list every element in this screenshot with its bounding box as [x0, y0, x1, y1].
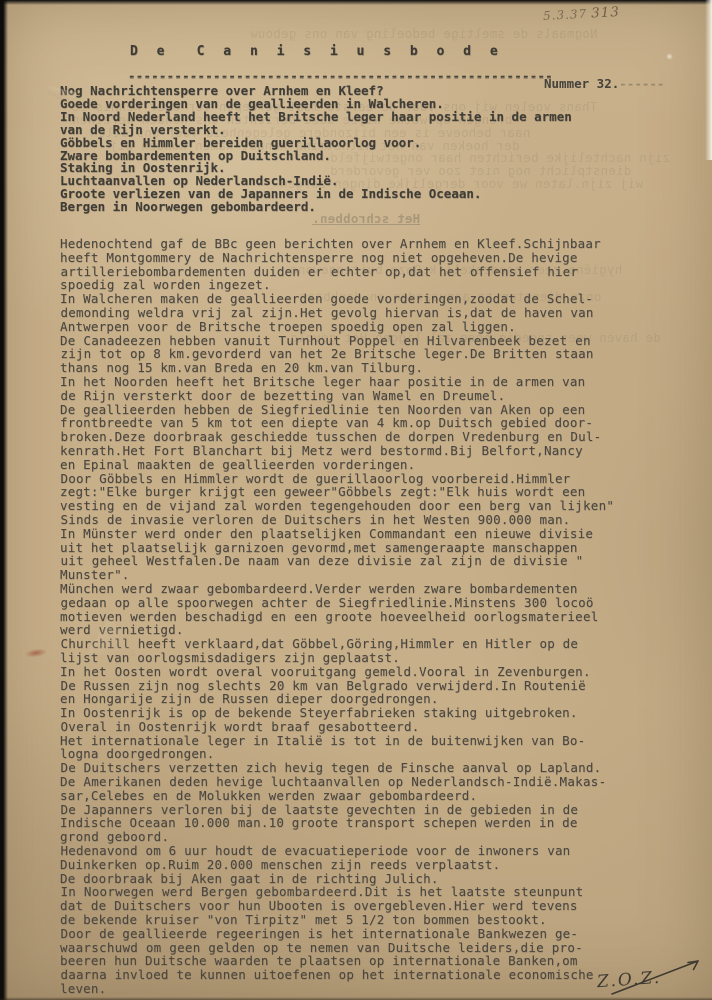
body-line: en Epinal maakten de geallieerden vorder…: [60, 458, 614, 472]
body-line: In Münster werd onder den plaatselijken …: [60, 527, 614, 541]
title-underline: ----------------------------------------…: [128, 68, 553, 83]
body-line: spoedig zal worden ingezet.: [60, 278, 614, 292]
body-line: De doorbraak bij Aken gaat in de richtin…: [60, 872, 614, 886]
body-line: de Rijn versterkt door de bezetting van …: [61, 389, 615, 403]
body-line: de bekende kruiser "von Tirpitz" met 5 1…: [60, 913, 614, 927]
body-line: gedaan op alle spoorwegen achter de Sieg…: [61, 596, 615, 610]
paper-edge-highlight: [705, 0, 712, 160]
body-text-block: Hedenochtend gaf de BBc geen berichten o…: [60, 237, 614, 996]
body-line: Indische Oceaan 10.000 man.10 groote tra…: [60, 816, 614, 830]
body-line: De Duitschers verzetten zich hevig tegen…: [61, 761, 615, 775]
headline-block: Nog Nachrichtensperre over Arnhem en Kle…: [60, 85, 572, 214]
body-line: In het Oosten wordt overal vooruitgang g…: [60, 665, 614, 679]
body-line: Hedenavond om 6 uur houdt de evacuatiepe…: [61, 844, 615, 858]
body-line: Sinds de invasie verloren de Duitschers …: [61, 513, 615, 527]
body-line: heeft Montgommery de Nachrichtensperre n…: [60, 251, 614, 265]
arrow-icon: [600, 948, 710, 998]
body-line: leven.: [60, 982, 614, 996]
body-line: sar,Celebes en de Molukken werden zwaar …: [60, 789, 614, 803]
body-line: lijst van oorlogsmisdadigers zijn geplaa…: [60, 651, 614, 665]
photo-edge-left: [0, 0, 8, 1000]
body-line: De geallieerden hebben de Siegfriedlinie…: [60, 403, 614, 417]
body-line: zijn tot op 8 km.gevorderd van het 2e Br…: [61, 347, 615, 361]
body-line: Het internationale leger in Italië is to…: [60, 734, 614, 748]
body-line: Antwerpen voor de Britsche troepen spoed…: [60, 320, 614, 334]
body-line: De Canadeezen hebben vanuit Turnhout Pop…: [60, 334, 614, 348]
body-line: De Amerikanen deden hevige luchtaanvalle…: [60, 775, 614, 789]
body-line: demonding weldra vrij zal zijn.Het gevol…: [61, 306, 615, 320]
body-line: In Walcheren maken de geallieerden goede…: [60, 292, 614, 306]
body-line: Churchill heeft verklaard,dat Göbbel,Gör…: [61, 637, 615, 651]
issue-trailing-dashes: ------: [619, 76, 664, 91]
body-line: logna doorgedrongen.: [60, 747, 614, 761]
body-line: De Japanners verloren bij de laatste gev…: [61, 803, 615, 817]
body-line: en Hongarije zijn de Russen dieper doorg…: [60, 692, 614, 706]
body-line: De Russen zijn nog slechts 20 km van Bel…: [61, 679, 615, 693]
paper-speck: [666, 53, 673, 60]
body-line: frontbreedte van 5 km tot een diepte van…: [60, 416, 614, 430]
body-line: broken.Deze doorbraak geschiedde tussche…: [61, 430, 615, 444]
body-line: Duinkerken op.Ruim 20.000 menschen zijn …: [60, 858, 614, 872]
body-line: thans nog 15 km.van Breda en 20 km.van T…: [60, 361, 614, 375]
body-line: Door de geallieerde regeeringen is het i…: [61, 927, 615, 941]
body-line: uit geheel Westfalen.De naam van deze di…: [61, 554, 615, 568]
body-line: waarschuwd om geen gelden op te nemen va…: [60, 941, 614, 955]
body-line: In het Noorden heeft het Britsche leger …: [60, 375, 614, 389]
body-line: grond geboord.: [60, 830, 614, 844]
number-annotation-text: 313: [591, 4, 621, 21]
body-line: In Oostenrijk is op de bekende Steyerfab…: [60, 706, 614, 720]
body-line: beeren hun Duitsche waarden te plaatsen …: [60, 954, 614, 968]
body-line: In Noorwegen werd Bergen gebombardeerd.D…: [61, 885, 615, 899]
body-line: dat de Duitschers voor hun Ubooten is ov…: [60, 899, 614, 913]
photo-edge-top: [0, 0, 712, 5]
body-line: daarna invloed te kunnen uitoefenen op h…: [61, 968, 615, 982]
headline-line: Bergen in Noorwegen gebombardeerd.: [60, 201, 572, 214]
ghost-bleedthrough-line: Nogmaals de smeltige bedoeling van ons g…: [250, 26, 598, 41]
body-line: motieven werden beschadigd en een groote…: [60, 610, 614, 624]
body-line: Overal in Oostenrijk wordt braaf gesabot…: [61, 720, 615, 734]
body-line: uit het plaatselijk garnizoen gevormd,me…: [60, 541, 614, 555]
body-line: artilleriebombardementen duiden er echte…: [61, 265, 615, 279]
newsletter-title: D e C a n i s i u s b o d e: [130, 44, 503, 59]
date-annotation-text: 5.3.37: [543, 7, 588, 23]
body-line: vesting en de vijand zal worden tegengeh…: [60, 499, 614, 513]
body-line: Munster".: [60, 568, 614, 582]
body-line: München werd zwaar gebombardeerd.Verder …: [60, 582, 614, 596]
body-line: werd vernietigd.: [60, 623, 614, 637]
document-page: Nogmaals de smeltige bedoeling van ons g…: [0, 0, 712, 1000]
body-line: Hedenochtend gaf de BBc geen berichten o…: [60, 237, 614, 251]
body-line: zegt:"Elke burger krijgt een geweer"Göbb…: [60, 485, 614, 499]
date-annotation: 5.3.37313: [543, 4, 621, 24]
body-line: Door Göbbels en Himmler wordt de guerill…: [61, 472, 615, 486]
red-ink-stain: [25, 648, 48, 659]
body-line: kenrath.Het Fort Blanchart bij Metz werd…: [60, 444, 614, 458]
